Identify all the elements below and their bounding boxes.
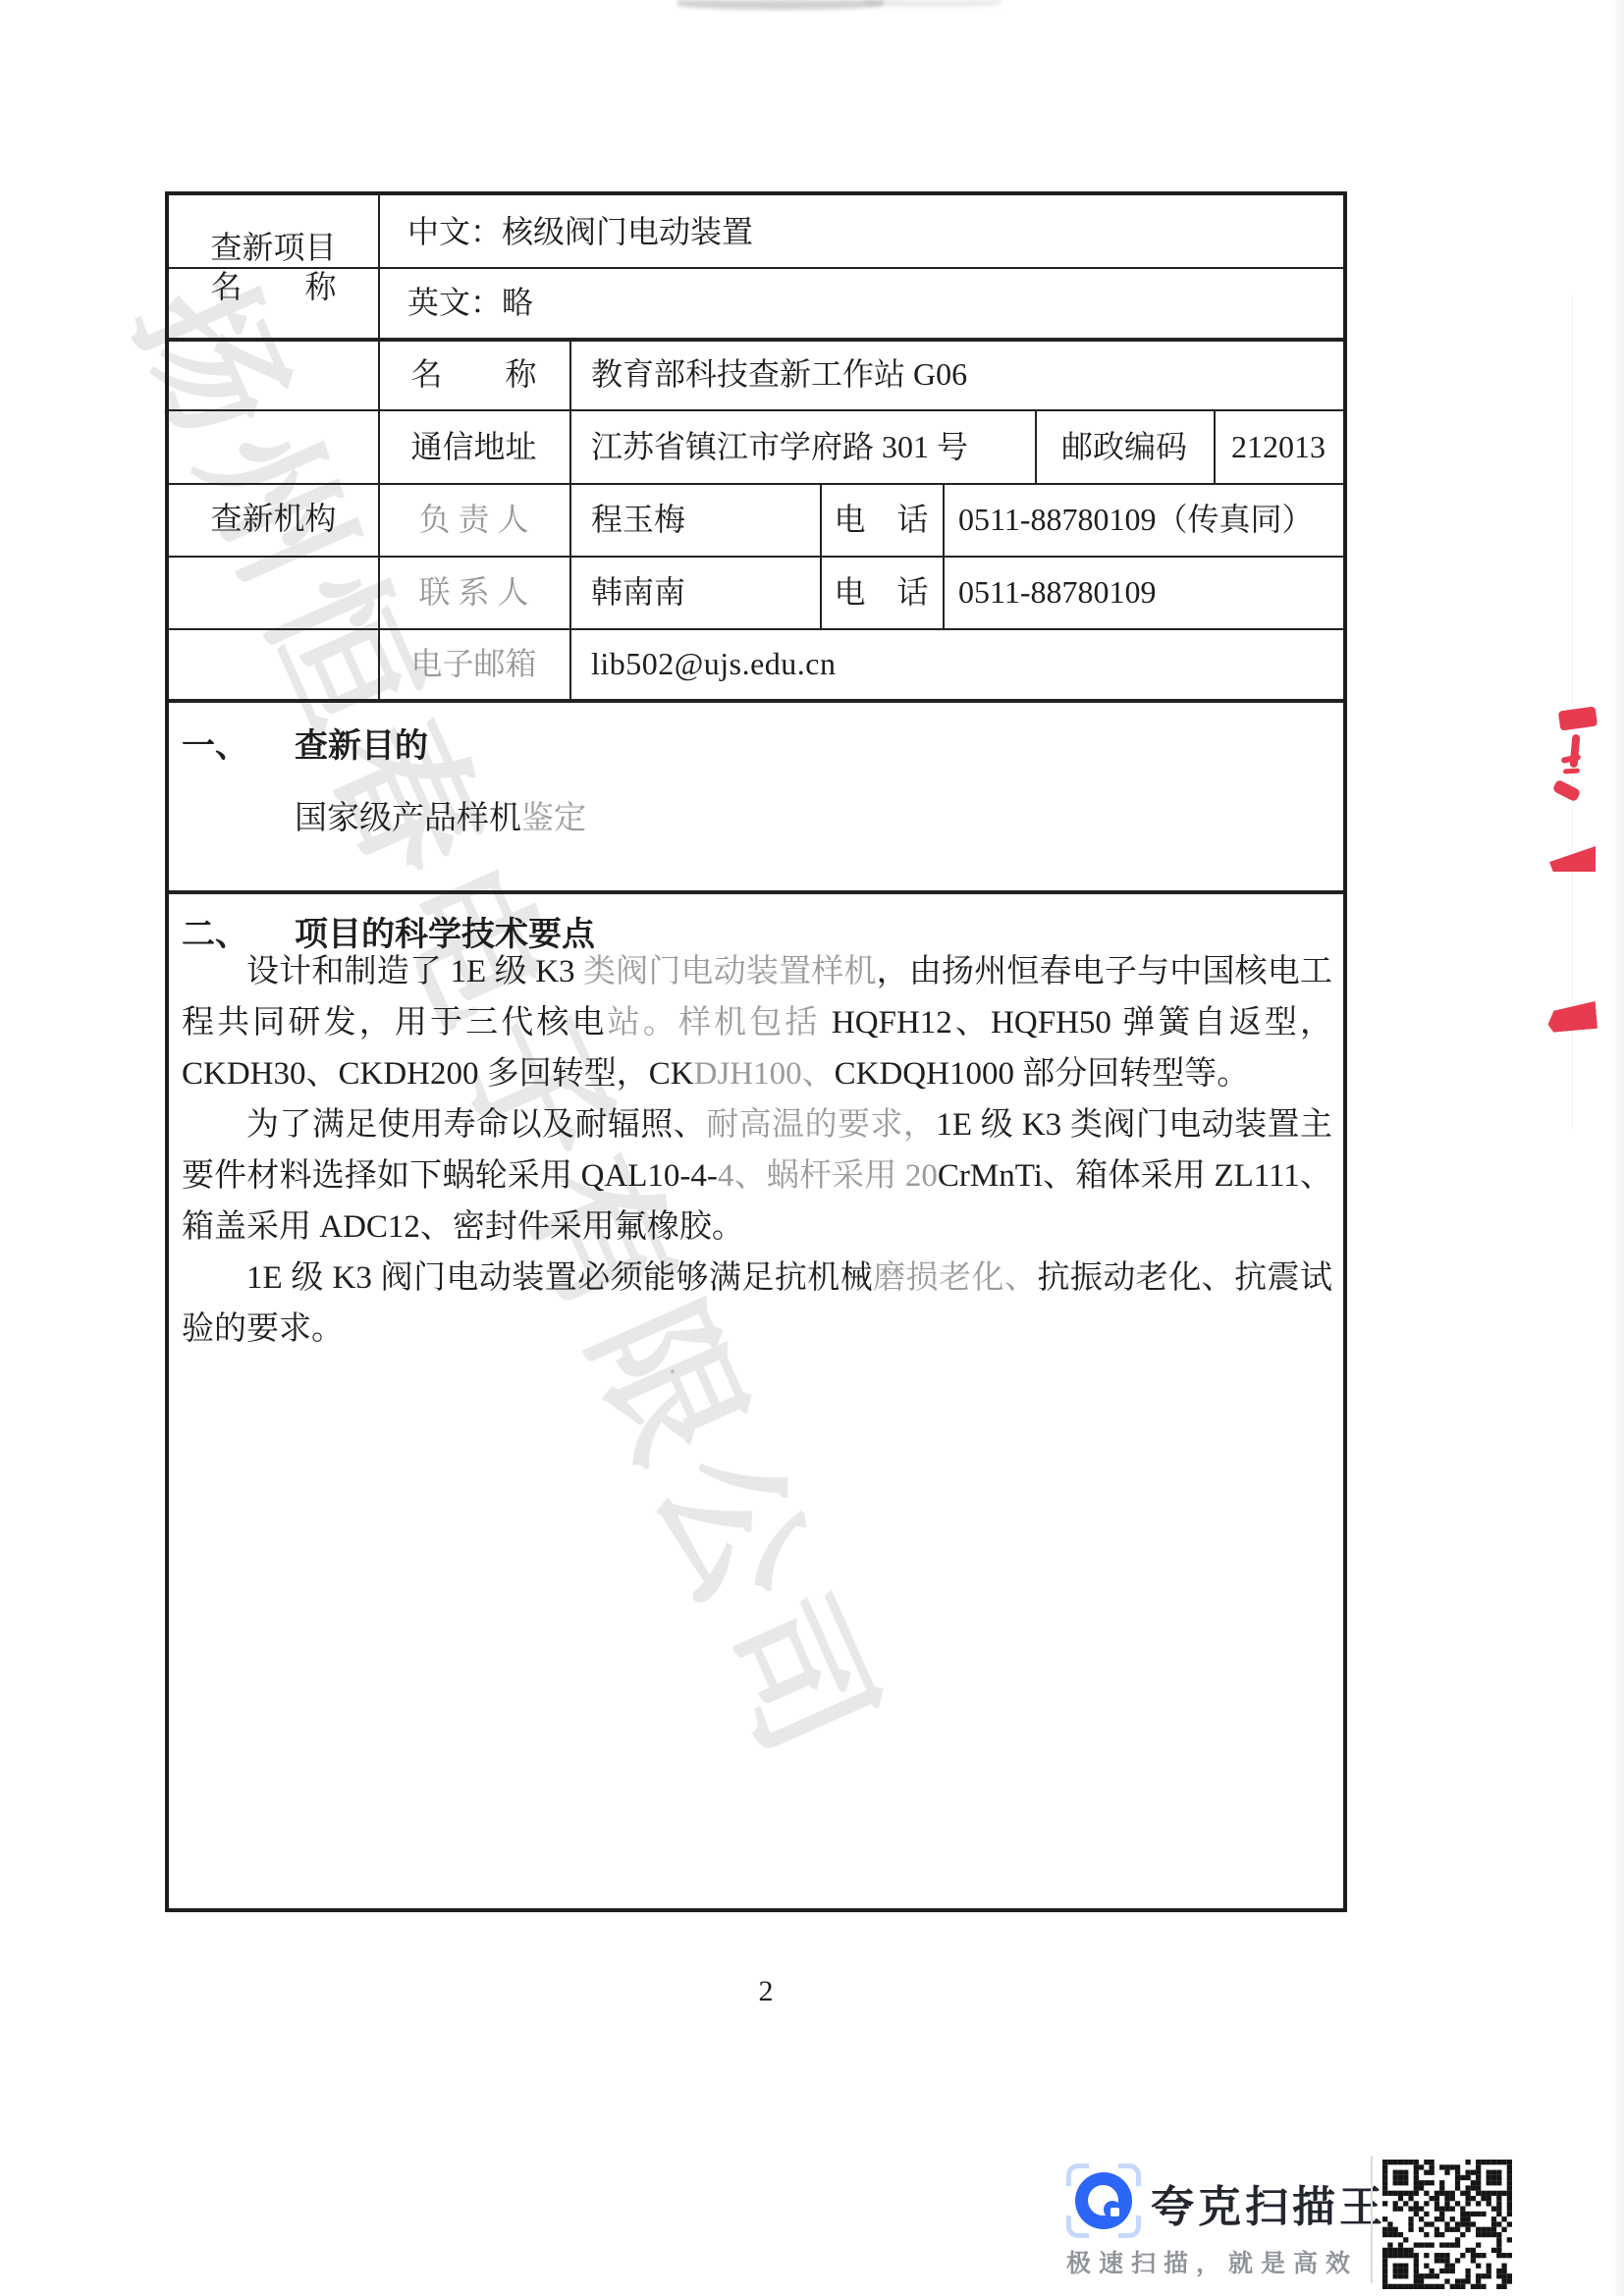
document-page: 扬州恒春电子有限公司 查新项目 名 称 中文：核级阀门电动装置 英文：略 查新机… [0, 0, 1624, 2296]
scan-edge-shadow [1610, 0, 1624, 2296]
section1-number: 一、 [182, 719, 248, 767]
quark-scanner-icon [1066, 2163, 1141, 2238]
body-paragraph: 为了满足使用寿命以及耐辐照、耐高温的要求，1E 级 K3 类阀门电动装置主要件材… [182, 1099, 1332, 1253]
red-ink-mark [1563, 768, 1580, 774]
table-rule-thick [169, 890, 1343, 894]
footer-divider [1371, 2156, 1373, 2283]
cell-head-label: 负 责 人 [378, 483, 569, 556]
cell-agency-name-value: 教育部科技查新工作站 G06 [591, 338, 1337, 409]
cell-project-name-english: 英文：略 [407, 267, 1340, 338]
section2-paragraphs: 设计和制造了 1E 级 K3 类阀门电动装置样机，由扬州恒春电子与中国核电工程共… [182, 946, 1332, 1355]
body-paragraph: 设计和制造了 1E 级 K3 类阀门电动装置样机，由扬州恒春电子与中国核电工程共… [182, 946, 1332, 1099]
cell-head-value: 程玉梅 [591, 483, 817, 556]
red-ink-mark [1570, 734, 1581, 769]
scanner-brand-name: 夸克扫描王 [1151, 2171, 1386, 2234]
cell-email-label: 电子邮箱 [378, 628, 569, 699]
red-ink-mark [1552, 779, 1582, 803]
scan-smudge [677, 0, 884, 10]
cell-project-name-chinese: 中文：核级阀门电动装置 [407, 195, 1340, 267]
section1-title: 查新目的 [295, 719, 428, 767]
section1-content: 国家级产品样机鉴定 [295, 792, 586, 838]
scanner-tagline: 极速扫描，就是高效 [1066, 2244, 1358, 2279]
cell-postcode-value: 212013 [1214, 409, 1343, 483]
table-rule [943, 483, 945, 628]
qr-code [1382, 2160, 1512, 2289]
scanner-footer: 夸克扫描王 极速扫描，就是高效 [0, 2150, 1624, 2296]
cell-project-name-label: 查新项目 名 称 [169, 195, 378, 338]
cell-contact-label: 联 系 人 [378, 556, 569, 628]
red-ink-mark [1558, 706, 1597, 730]
cell-contact-value: 韩南南 [591, 556, 817, 628]
cell-agency-name-label: 名 称 [378, 338, 569, 409]
cell-contact-phone-label: 电 话 [820, 556, 943, 628]
scan-smudge [864, 0, 1001, 7]
scan-speck [671, 1369, 675, 1373]
cell-head-phone-label: 电 话 [820, 483, 943, 556]
cell-head-phone-value: 0511-88780109（传真同） [958, 483, 1343, 556]
table-rule-thick [169, 699, 1343, 703]
report-table: 查新项目 名 称 中文：核级阀门电动装置 英文：略 查新机构 名 称 教育部科技… [165, 191, 1347, 1912]
table-rule [569, 338, 571, 703]
cell-email-value: lib502@ujs.edu.cn [591, 628, 1337, 699]
cell-address-label: 通信地址 [378, 409, 569, 483]
page-number: 2 [746, 1975, 785, 2008]
cell-contact-phone-value: 0511-88780109 [958, 556, 1343, 628]
body-paragraph: 1E 级 K3 阀门电动装置必须能够满足抗机械磨损老化、抗振动老化、抗震试验的要… [182, 1253, 1332, 1355]
cell-address-value: 江苏省镇江市学府路 301 号 [591, 409, 1033, 483]
cell-agency-label: 查新机构 [169, 338, 378, 699]
scan-speck [833, 966, 837, 970]
cell-postcode-label: 邮政编码 [1035, 409, 1214, 483]
quark-logo-circle [1075, 2172, 1132, 2229]
